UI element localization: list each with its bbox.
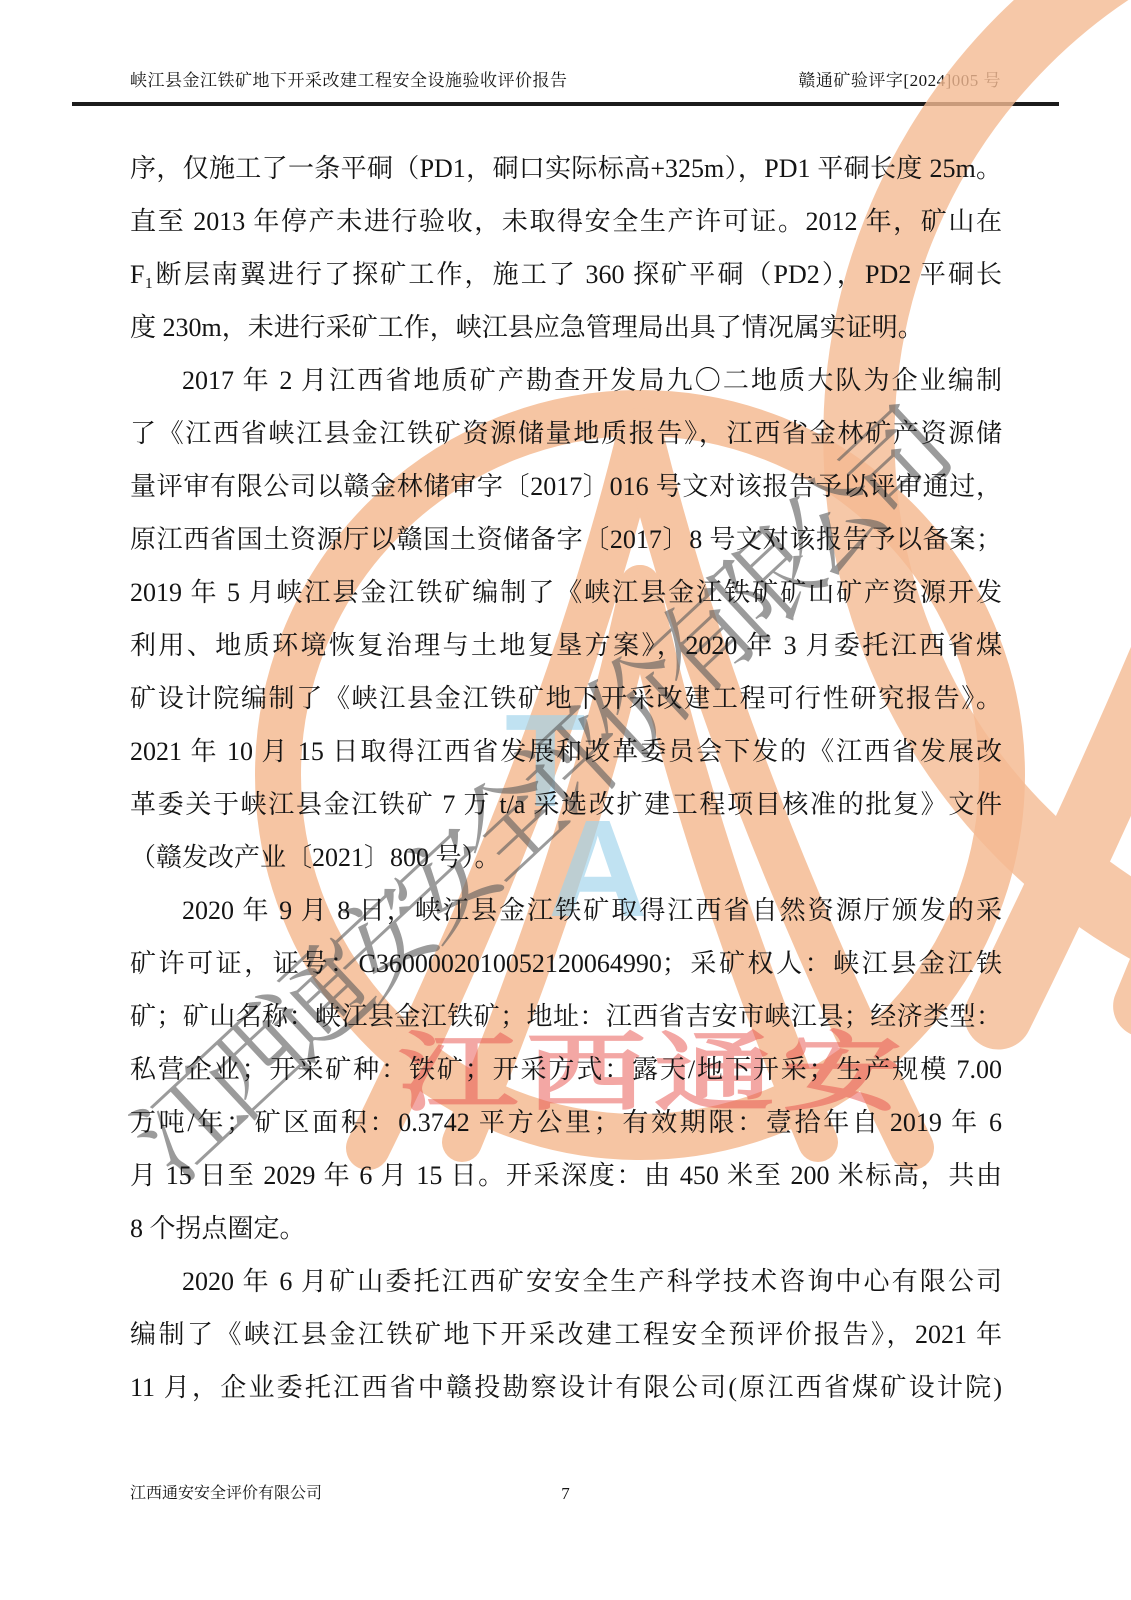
report-page: T A 江西通安安全评价有限公司 江西通安 峡江县金江铁矿地下开采改建工程安全设… — [0, 0, 1131, 1600]
body-line: F₁断层南翼进行了探矿工作，施工了 360 探矿平硐（PD2），PD2 平硐长 — [130, 248, 1002, 301]
body-line: 矿许可证，证号：C3600002010052120064990；采矿权人：峡江县… — [130, 937, 1002, 990]
body-line: 革委关于峡江县金江铁矿 7 万 t/a 采选改扩建工程项目核准的批复》文件 — [130, 778, 1002, 831]
body-line: 矿设计院编制了《峡江县金江铁矿地下开采改建工程可行性研究报告》。 — [130, 672, 1002, 725]
page-header: 峡江县金江铁矿地下开采改建工程安全设施验收评价报告 赣通矿验评字[2024]00… — [72, 68, 1059, 106]
header-document-number: 赣通矿验评字[2024]005 号 — [798, 68, 1001, 94]
header-report-title: 峡江县金江铁矿地下开采改建工程安全设施验收评价报告 — [130, 68, 568, 94]
body-line: 序，仅施工了一条平硐（PD1，硐口实际标高+325m），PD1 平硐长度 25m… — [130, 142, 1002, 195]
body-line: 2019 年 5 月峡江县金江铁矿编制了《峡江县金江铁矿矿山矿产资源开发 — [130, 566, 1002, 619]
body-line: （赣发改产业〔2021〕800 号）。 — [130, 831, 1002, 884]
body-line: 2020 年 9 月 8 日，峡江县金江铁矿取得江西省自然资源厅颁发的采 — [130, 884, 1002, 937]
body-line: 2017 年 2 月江西省地质矿产勘查开发局九〇二地质大队为企业编制 — [130, 354, 1002, 407]
body-line: 量评审有限公司以赣金林储审字〔2017〕016 号文对该报告予以评审通过， — [130, 460, 1002, 513]
body-line: 了《江西省峡江县金江铁矿资源储量地质报告》，江西省金林矿产资源储 — [130, 407, 1002, 460]
body-line: 利用、地质环境恢复治理与土地复垦方案》，2020 年 3 月委托江西省煤 — [130, 619, 1002, 672]
body-line: 月 15 日至 2029 年 6 月 15 日。开采深度：由 450 米至 20… — [130, 1149, 1002, 1202]
page-footer: 江西通安安全评价有限公司 7 — [0, 1482, 1131, 1506]
body-line: 度 230m，未进行采矿工作，峡江县应急管理局出具了情况属实证明。 — [130, 301, 1002, 354]
body-line: 原江西省国土资源厅以赣国土资储备字〔2017〕8 号文对该报告予以备案； — [130, 513, 1002, 566]
body-line: 2021 年 10 月 15 日取得江西省发展和改革委员会下发的《江西省发展改 — [130, 725, 1002, 778]
body-line: 8 个拐点圈定。 — [130, 1202, 1002, 1255]
body-line: 11 月，企业委托江西省中赣投勘察设计有限公司(原江西省煤矿设计院) — [130, 1361, 1002, 1414]
body-line: 编制了《峡江县金江铁矿地下开采改建工程安全预评价报告》，2021 年 — [130, 1308, 1002, 1361]
body-line: 直至 2013 年停产未进行验收，未取得安全生产许可证。2012 年，矿山在 — [130, 195, 1002, 248]
body-line: 2020 年 6 月矿山委托江西矿安安全生产科学技术咨询中心有限公司 — [130, 1255, 1002, 1308]
footer-page-number: 7 — [0, 1482, 1131, 1506]
body-line: 矿；矿山名称：峡江县金江铁矿；地址：江西省吉安市峡江县；经济类型： — [130, 990, 1002, 1043]
report-body-text: 序，仅施工了一条平硐（PD1，硐口实际标高+325m），PD1 平硐长度 25m… — [130, 142, 1002, 1414]
body-line: 万吨/年；矿区面积：0.3742 平方公里；有效期限：壹拾年自 2019 年 6 — [130, 1096, 1002, 1149]
body-line: 私营企业；开采矿种：铁矿；开采方式：露天/地下开采；生产规模 7.00 — [130, 1043, 1002, 1096]
